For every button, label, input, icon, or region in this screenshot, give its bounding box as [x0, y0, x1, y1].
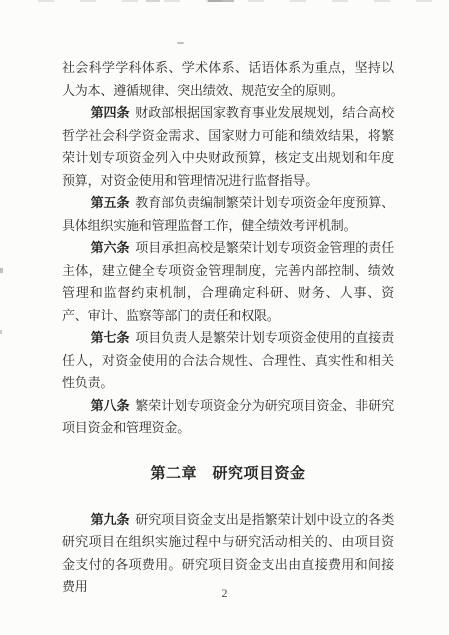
article-label: 第七条 [91, 330, 130, 345]
paragraph: 第五条教育部负责编制繁荣计划专项资金年度预算、具体组织实施和管理监督工作，健全绩… [62, 192, 394, 237]
scanned-document-page: { "colors": { "paper": "#fcfcfb", "ink":… [0, 0, 449, 635]
article-label: 第九条 [91, 512, 130, 527]
article-label: 第五条 [91, 195, 130, 210]
paragraph: 第七条项目负责人是繁荣计划专项资金使用的直接责任人，对资金使用的合法合规性、合理… [62, 327, 394, 395]
paragraph: 第九条研究项目资金支出是指繁荣计划中设立的各类研究项目在组织实施过程中与研究活动… [62, 509, 394, 599]
article-label: 第四条 [91, 105, 130, 120]
article-label: 第六条 [91, 240, 130, 255]
paragraph: 第六条项目承担高校是繁荣计划专项资金管理的责任主体，建立健全专项资金管理制度，完… [62, 237, 394, 327]
chapter-heading: 第二章 研究项目资金 [62, 463, 394, 485]
page-number: 2 [0, 586, 449, 601]
document-page: 社会科学学科体系、学术体系、话语体系为重点，坚持以人为本、遵循规律、突出绩效、规… [0, 0, 449, 635]
paragraph: 社会科学学科体系、学术体系、话语体系为重点，坚持以人为本、遵循规律、突出绩效、规… [62, 57, 394, 102]
paragraph: 第四条财政部根据国家教育事业发展规划，结合高校哲学社会科学资金需求、国家财力可能… [62, 102, 394, 192]
paragraph: 第八条繁荣计划专项资金分为研究项目资金、非研究项目资金和管理资金。 [62, 395, 394, 440]
article-label: 第八条 [91, 398, 130, 413]
document-body: 社会科学学科体系、学术体系、话语体系为重点，坚持以人为本、遵循规律、突出绩效、规… [62, 57, 394, 599]
